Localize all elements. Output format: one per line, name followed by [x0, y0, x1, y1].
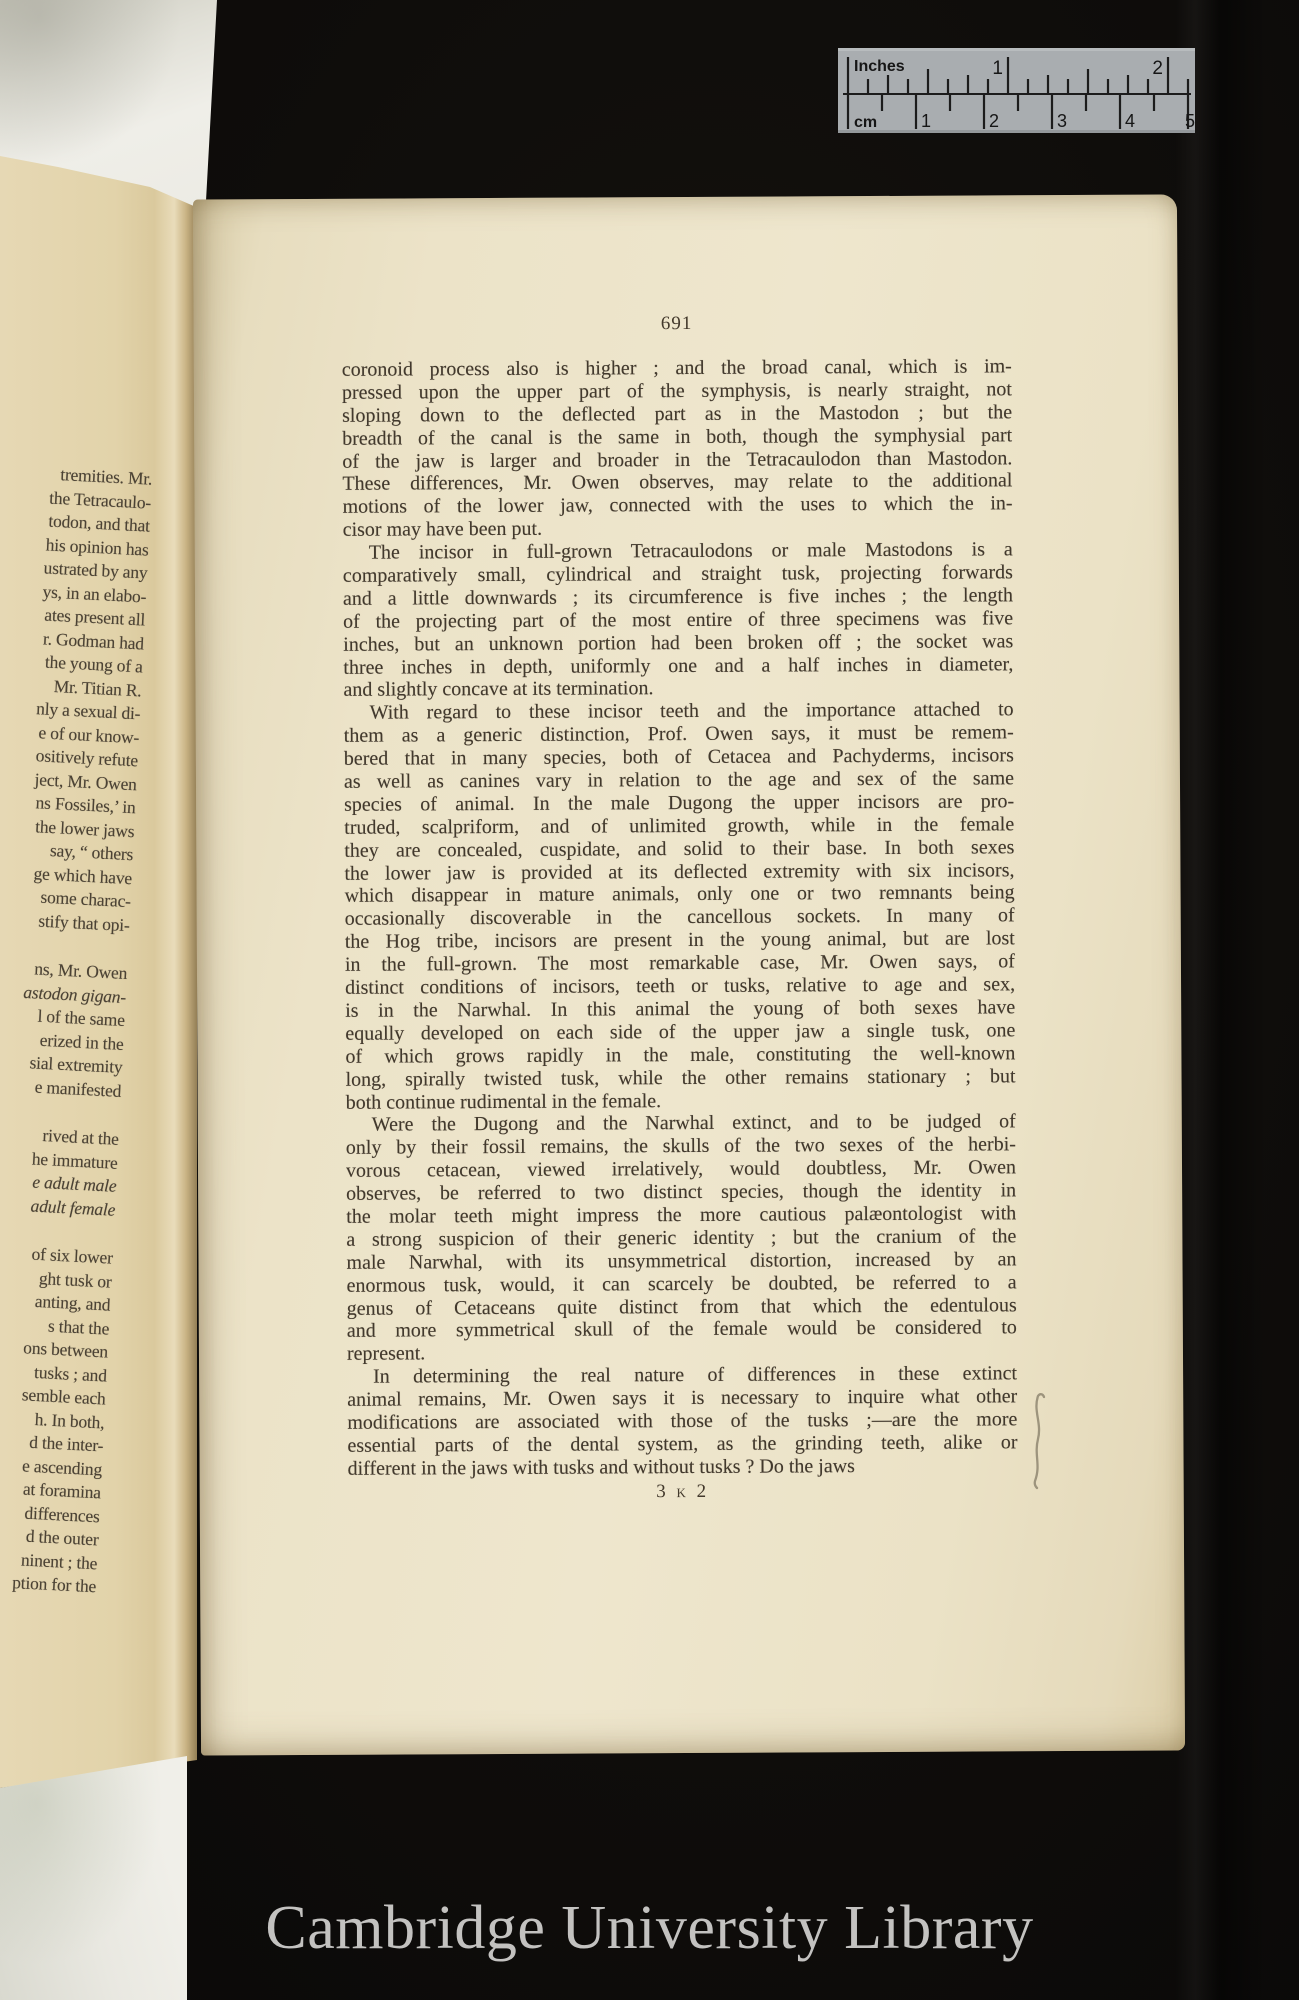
page-number: 691 [342, 311, 1012, 337]
previous-page-text-column: tremities. Mr.the Tetracaulo-todon, and … [0, 460, 161, 1599]
ruler-cm-1: 1 [921, 111, 931, 131]
text-line: truded, scalpriform, and of unlimited gr… [344, 813, 1014, 839]
paragraph: In determining the real nature of differ… [347, 1362, 1018, 1480]
text-line: coronoid process also is higher ; and th… [342, 355, 1012, 381]
text-line: enormous tusk, would, it can scarcely be… [347, 1271, 1017, 1297]
text-line: comparatively small, cylindrical and str… [343, 561, 1013, 587]
text-line: equally developed on each side of the up… [345, 1019, 1015, 1045]
book-scan-scene: tremities. Mr.the Tetracaulo-todon, and … [0, 0, 1299, 2000]
text-line: pressed upon the upper part of the symph… [342, 378, 1012, 404]
text-line: they are concealed, cuspidate, and solid… [344, 836, 1014, 862]
paragraph: The incisor in full-grown Tetracaulodons… [343, 538, 1014, 702]
text-line: of which grows rapidly in the male, cons… [345, 1042, 1015, 1068]
ruler-cm-label: cm [854, 114, 877, 131]
text-line: long, spirally twisted tusk, while the o… [345, 1065, 1015, 1091]
paragraph: coronoid process also is higher ; and th… [342, 355, 1013, 542]
text-line: distinct conditions of incisors, teeth o… [345, 973, 1015, 999]
text-line: three inches in depth, uniformly one and… [343, 653, 1013, 679]
signature-mark: 3 k 2 [348, 1479, 1018, 1505]
text-line: species of animal. In the male Dugong th… [344, 790, 1014, 816]
paragraph: With regard to these incisor teeth and t… [344, 699, 1016, 1115]
ruler-scale-bar: Inches 1 2 cm 1 2 3 4 5 [838, 48, 1195, 133]
text-line: observes, be referred to two distinct sp… [346, 1179, 1016, 1205]
book-page: 691 coronoid process also is higher ; an… [193, 194, 1185, 1755]
text-line: and more symmetrical skull of the female… [347, 1317, 1017, 1343]
text-line: sloping down to the deflected part as in… [342, 401, 1012, 427]
page-text-block: coronoid process also is higher ; and th… [342, 355, 1018, 1480]
ruler-cm-5: 5 [1185, 111, 1195, 131]
ruler-inches-label: Inches [854, 58, 905, 75]
previous-page-fragment: tremities. Mr.the Tetracaulo-todon, and … [0, 140, 198, 1800]
text-line: modifications are associated with those … [347, 1408, 1017, 1434]
text-line: a strong suspicion of their generic iden… [346, 1225, 1016, 1251]
text-line: different in the jaws with tusks and wit… [348, 1454, 1018, 1480]
text-line: is in the Narwhal. In this animal the yo… [345, 996, 1015, 1022]
pencil-annotation-mark [1030, 1392, 1050, 1492]
text-line: and a little downwards ; its circumferen… [343, 584, 1013, 610]
ruler-inch-1: 1 [992, 58, 1003, 79]
text-line: of the projecting part of the most entir… [343, 607, 1013, 633]
ruler-cm-2: 2 [989, 111, 999, 131]
text-line: the molar teeth might impress the more c… [346, 1202, 1016, 1228]
text-line: inches, but an unknown portion had been … [343, 630, 1013, 656]
ruler-cm-4: 4 [1125, 111, 1135, 131]
ruler-cm-3: 3 [1057, 111, 1067, 131]
text-line: motions of the lower jaw, connected with… [342, 493, 1012, 519]
ruler-inch-2: 2 [1152, 58, 1163, 79]
paragraph: Were the Dugong and the Narwhal extinct,… [346, 1111, 1017, 1366]
text-line: essential parts of the dental system, as… [347, 1431, 1017, 1457]
text-line: breadth of the canal is the same in both… [342, 424, 1012, 450]
library-watermark: Cambridge University Library [0, 1893, 1299, 1964]
text-line: male Narwhal, with its unsymmetrical dis… [346, 1248, 1016, 1274]
text-line: as well as canines vary in relation to t… [344, 767, 1014, 793]
